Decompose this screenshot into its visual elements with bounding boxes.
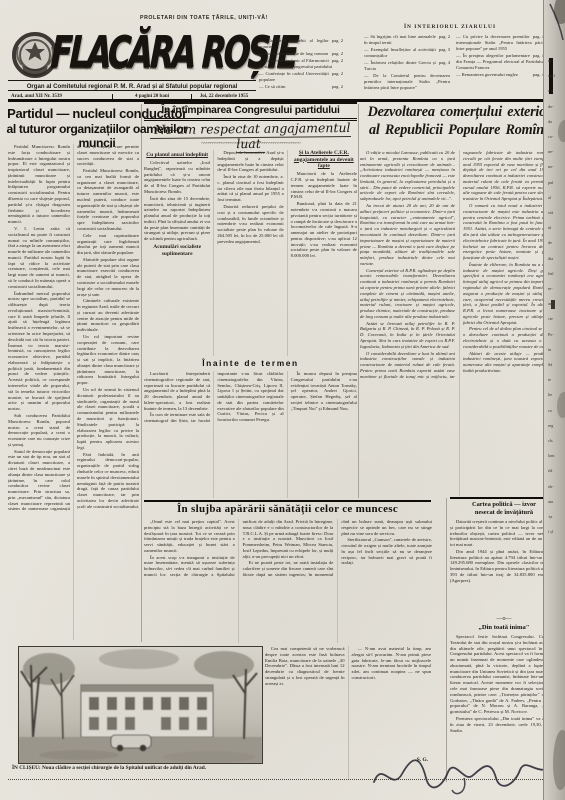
index-item-page: pag. 2 <box>329 71 343 77</box>
edge-fragment: al <box>548 196 555 200</box>
paragraph: Încă în ziua de 10 noiembrie, a. c. plan… <box>217 174 283 203</box>
newspaper-page: PROLETARI DIN TOATE ȚĂRILE, UNIȚI-VĂ! FL… <box>0 0 543 800</box>
paragraph: Din anul 1944 și pînă astăzi, în Editura… <box>450 549 558 584</box>
edge-fragment: socl <box>548 74 555 78</box>
section-body: Colectivul uzinelor „Iosif Rangheț", rap… <box>144 160 210 242</box>
edge-fragment: te <box>548 378 555 382</box>
edge-fragment: i șl <box>548 530 555 534</box>
right-article-body: O ediție a micului Larousse, publicată c… <box>360 150 558 496</box>
edge-fragment: ata <box>548 500 555 504</box>
issue-date: Joi, 22 decembrie 1955 <box>192 94 256 99</box>
index-item: pag. 4— Cu privire la decernarea premiil… <box>456 34 544 52</box>
section-subhead: Acumulări socialiste suplimentare <box>146 244 208 257</box>
paragraph: În munca depusă în preajma Congresului p… <box>291 371 357 411</box>
edge-fragment: viă <box>548 211 555 215</box>
section-subhead: Și la Atelierele C.F.R. angajamentele au… <box>293 150 355 170</box>
health-section-body: „Omul este cel mai prețios capital". Ace… <box>144 519 432 643</box>
index-item-title: — Noi multe produse de larg consum <box>259 51 328 56</box>
edge-fragment: -ța <box>548 515 555 519</box>
edge-fragment: re- <box>548 287 555 291</box>
paragraph: Lucrătorii întreprinderii cinematografic… <box>144 371 210 411</box>
paragraph: Căminele culturale existente în regiunea… <box>77 298 139 333</box>
edge-fragment: Pe- <box>548 333 555 337</box>
index-item-title: — Concertul simfonic al Filarmonicii de … <box>259 58 332 69</box>
index-item: pag. 2— Să îngrijim cît mai bine animale… <box>364 34 450 46</box>
index-column-1: pag. 2— Caracterul deosebit al legilor n… <box>259 38 343 91</box>
paragraph: Încă din ziua de 15 decembrie, muncitori… <box>144 196 210 242</box>
index-item-page: pag. 3 <box>436 47 450 53</box>
section-subhead: Cu planul anual îndeplinit <box>146 152 208 159</box>
edge-fragment: rlă <box>548 469 555 473</box>
index-column-3: pag. 4— Cu privire la decernarea premiil… <box>456 34 544 79</box>
right-headline-line2: al Republicii Populare Romîne <box>361 121 558 139</box>
index-item: pag. 4— În preajma alegerilor parlamenta… <box>456 53 544 71</box>
paragraph: Depoul de locomotive Arad și-a îndeplini… <box>217 150 283 173</box>
din-toata-inima-title: „Din toată inima" <box>450 624 558 631</box>
section-rule <box>144 500 431 502</box>
column-divider <box>141 104 142 642</box>
edge-fragment: cte <box>548 317 555 321</box>
index-item: pag. 2— Noi multe produse de larg consum <box>259 51 343 57</box>
index-item-page: pag. 2 <box>329 38 343 44</box>
index-item-page: pag. 2 <box>329 84 343 90</box>
index-item: pag. 2— Concertul simfonic al Filarmonic… <box>259 58 343 70</box>
paragraph: Sfaturile populare sînt organe ale puter… <box>77 257 139 297</box>
torn-blot <box>558 120 565 142</box>
paragraph: Colectivul uzinelor „Iosif Rangheț", rap… <box>144 160 210 195</box>
edge-fragment: co- <box>548 135 555 139</box>
index-header: ÎN INTERIORUL ZIARULUI <box>352 24 548 30</box>
edge-fragment: in <box>548 348 555 352</box>
index-item-title: — Caracterul deosebit al legilor noastre <box>259 38 329 49</box>
photo-caption: ÎN CLIȘEU: Noua clădire a secției chirur… <box>12 765 260 772</box>
index-item-title: — Să îngrijim cît mai bine animalele în … <box>364 34 436 45</box>
index-item: pag. 2— Caracterul deosebit al legilor n… <box>259 38 343 50</box>
index-item: pag. 4— Întărirea relațiilor dintre Grec… <box>364 60 450 72</box>
edge-fragment: ara <box>548 302 555 306</box>
paragraph: Fără îndoială, în anii regimului democra… <box>77 452 139 510</box>
edge-fragment: pul <box>548 181 555 185</box>
paragraph: Cele mai cuprinzătoare organizații care … <box>77 233 139 256</box>
index-item: — De la Comitetul pentru decernarea prem… <box>364 73 450 91</box>
cartea-title-line1: Cartea politică — izvor <box>450 501 558 509</box>
edge-fragment: ul <box>548 226 555 230</box>
pen-stroke <box>546 2 565 42</box>
paragraph: „Omul este cel mai prețios capital". Ace… <box>144 519 235 554</box>
paragraph: Sub conducerea Partidului Muncitoresc Ro… <box>8 413 70 448</box>
cartea-politica-body: Datorită creșterii continue a nivelului … <box>450 519 558 615</box>
index-item-title: — Ce să citim <box>259 84 285 89</box>
index-item-page: pag. 4 <box>530 72 544 78</box>
feature-section: Cu planul anual îndeplinit Colectivul uz… <box>144 152 210 242</box>
left-article-body: Partidul Muncitoresc Romîn este forța co… <box>8 144 139 640</box>
edge-fragment: reg <box>548 424 555 428</box>
index-item-title: — Conferințe în cadrul Universității pop… <box>259 71 329 82</box>
edge-fragment: cls <box>548 439 555 443</box>
paragraph: Premiera spectacolului „Din toată inima"… <box>450 716 558 733</box>
paragraph: Spectacol festiv închinat Congresului. C… <box>450 634 558 715</box>
paragraph: Îndrumînd mersul poporului nostru spre s… <box>8 291 70 412</box>
index-item-page: pag. 2 <box>329 51 343 57</box>
edge-fragment: ob- <box>548 485 555 489</box>
congress-banner: În întîmpinarea Congresului partidului <box>144 102 357 121</box>
paragraph: Partidul Muncitoresc Romîn este forța co… <box>8 144 70 225</box>
column-divider <box>446 498 447 782</box>
paragraph: Un rol important revine cooperației de c… <box>77 334 139 386</box>
feature-columns: Cu planul anual îndeplinit Colectivul uz… <box>144 150 357 356</box>
index-item-title: — De la Comitetul pentru decernarea prem… <box>364 73 450 90</box>
edge-fragment: m <box>548 59 555 63</box>
paragraph: — N-am avut material la timp, am alergat… <box>352 646 432 681</box>
edge-fragment: Să <box>548 363 555 367</box>
paragraph: Un rol de seamă în sistemul dictaturii p… <box>77 387 139 451</box>
index-item-page: pag. 4 <box>436 60 450 66</box>
edge-fragment: fial <box>548 272 555 276</box>
right-headline-line1: Dezvoltarea comerțului exterior <box>361 103 558 121</box>
index-item-page: pag. 2 <box>436 34 450 40</box>
paragraph: Sterilizatorul „Camson", camerele de aer… <box>341 537 432 566</box>
edge-fragment: no- <box>548 165 555 169</box>
paragraph: Datorită reducerii prețului de cost și a… <box>217 204 283 244</box>
section-body: Depoul de locomotive Arad și-a îndeplini… <box>217 150 283 245</box>
section-rule <box>450 497 558 499</box>
index-item-title: — Întărirea relațiilor dintre Grecia și … <box>364 60 436 71</box>
edge-fragment: de <box>548 241 555 245</box>
paragraph: Comerțul exterior al R.P.R. oglindește p… <box>360 268 455 320</box>
index-item: pag. 2— Conferințe în cadrul Universităț… <box>259 71 343 83</box>
slogan: PROLETARI DIN TOATE ȚĂRILE, UNIȚI-VĂ! <box>140 15 268 21</box>
index-item: pag. 2— Ce să citim <box>259 84 343 90</box>
paragraph: V. I. Lenin arăta că socialismul nu poat… <box>8 226 70 290</box>
edge-fragment: co <box>548 409 555 413</box>
issue-pages-price: 4 pagini 20 bani <box>112 94 192 99</box>
paragraph: O ediție a micului Larousse, publicată c… <box>360 150 455 202</box>
edge-fragment: da <box>548 120 555 124</box>
feature-section: Și la Atelierele C.F.R. angajamentele au… <box>291 150 357 259</box>
torn-page-edge: msocla odo-daco-ne-no-pulalviăuldediafia… <box>543 0 565 800</box>
newspaper-title: FLACĂRA ROȘIE <box>49 28 212 86</box>
issue-place-number: Arad, anul XII Nr. 3539 <box>8 94 112 99</box>
paragraph: Muncitorii de la Atelierele C.F.R. și-au… <box>291 171 357 200</box>
edge-fragment: ne- <box>548 150 555 154</box>
paragraph: Astăzi se livrează utilaj petrolifer în … <box>360 321 455 350</box>
hospital-photo <box>18 646 263 764</box>
before-term-subhead: Înainte de termen <box>144 358 357 368</box>
section-body: Muncitorii de la Atelierele C.F.R. și-au… <box>291 171 357 259</box>
edge-fragment: do- <box>548 105 555 109</box>
index-item: pag. 3— Exemplul însuflețitor al activit… <box>364 47 450 59</box>
index-item-title: — Remanierea guvernului englez <box>456 72 518 77</box>
cartea-politica-title: Cartea politică — izvor nesecat de învăț… <box>450 501 558 517</box>
health-banner: În slujba apărării sănătății celor ce mu… <box>144 503 431 515</box>
paragraph: Datorită creșterii continue a nivelului … <box>450 519 558 548</box>
handwritten-scribble <box>368 748 558 800</box>
paragraph: Cea mai competentă să ne vorbească despr… <box>265 646 345 686</box>
index-item-title: — Exemplul însuflețitor al activității c… <box>364 47 436 58</box>
edge-fragment: a o <box>548 89 555 93</box>
right-article-headline: Dezvoltarea comerțului exterior al Repub… <box>361 103 558 140</box>
cartea-title-line2: nesecat de învățătură <box>450 509 558 517</box>
paragraph: Bunăoară, pînă la data de 21 noiembrie s… <box>291 201 357 259</box>
edge-fragment: lte <box>548 393 555 397</box>
torn-blot <box>557 392 565 418</box>
edge-fragment: dia <box>548 257 555 261</box>
ornament-divider: —o— <box>450 616 558 622</box>
index-item: pag. 4— Remanierea guvernului englez <box>456 72 544 78</box>
cinema-section-body: Lucrătorii întreprinderii cinematografic… <box>144 371 357 498</box>
column-divider <box>358 104 359 498</box>
edge-text-fragments: msocla odo-daco-ne-no-pulalviăuldediafia… <box>544 48 555 535</box>
edge-fragment: lom <box>548 454 555 458</box>
index-column-2: pag. 2— Să îngrijim cît mai bine animale… <box>364 34 450 92</box>
paragraph: Partidul Muncitoresc Romîn, ca cea mai î… <box>77 168 139 232</box>
feature-script-title-text: Ne-am respectat angajamentul luat <box>150 120 350 153</box>
paragraph: Au trecut de atunci 20 de ani, 20 de ani… <box>360 203 455 267</box>
torn-blot <box>553 730 565 790</box>
wavy-divider: ~~~~~~~~~~~~~~~~~~~~~~~~~~~~~~~~~~~~~~~~… <box>144 142 357 148</box>
organ-line: Organ al Comitetului regional P. M. R. A… <box>8 80 256 90</box>
